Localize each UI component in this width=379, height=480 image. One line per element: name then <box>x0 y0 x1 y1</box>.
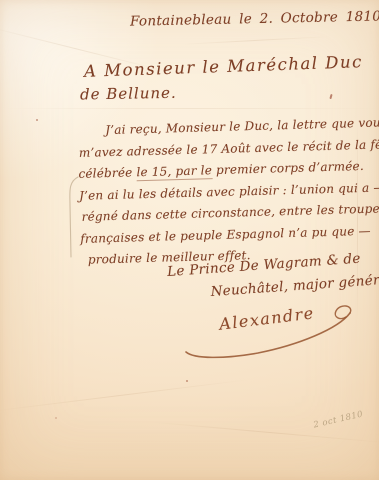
underlined-segment: le 15, par le <box>136 163 212 181</box>
ink-speck <box>36 119 38 121</box>
ink-speck <box>186 380 188 382</box>
dateline: Fontainebleau le 2. Octobre 1810. <box>130 8 379 29</box>
paper-crease <box>0 379 249 412</box>
paper-crease <box>150 422 379 444</box>
pencil-date-note: 2 oct 1810 <box>313 409 365 430</box>
paper-crease <box>180 36 330 45</box>
body-line-segment: premier corps d’armée. <box>212 159 364 177</box>
ink-speck <box>55 417 57 419</box>
recipient-address: A Monsieur le Maréchal Duc de Bellune. <box>80 57 363 101</box>
signature: Alexandre <box>218 303 315 334</box>
letter-page: Fontainebleau le 2. Octobre 1810. A Mons… <box>0 0 379 480</box>
body-line-segment: célébrée <box>78 165 136 181</box>
letter-body: J’ai reçu, Monsieur le Duc, la lettre qu… <box>74 112 379 272</box>
recipient-line: de Bellune. <box>80 81 363 104</box>
recipient-line: A Monsieur le Maréchal Duc <box>84 52 363 81</box>
paper-crease <box>0 108 379 109</box>
